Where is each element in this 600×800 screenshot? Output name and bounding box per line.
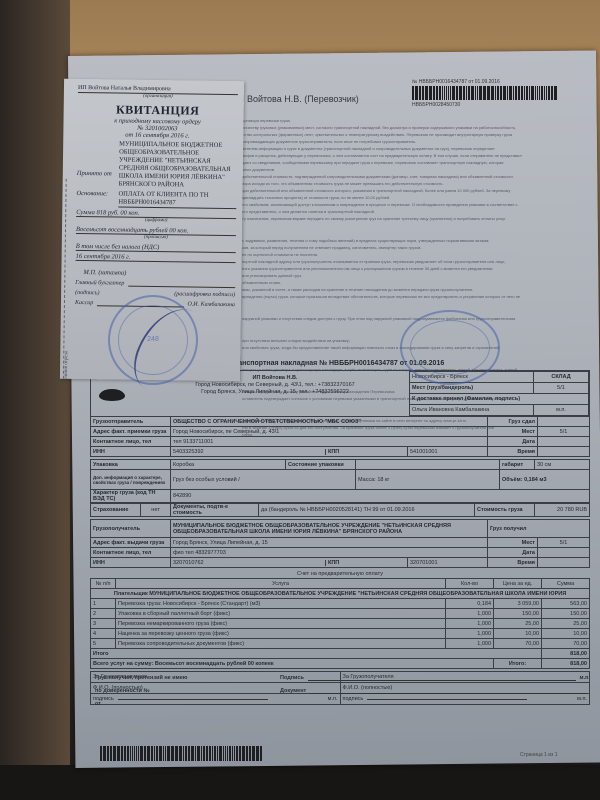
invoice-cell-n: 5 [91,639,116,649]
pack-state-label: Состояние упаковки [286,460,356,470]
invoice-cell-n: 4 [91,629,116,639]
sender-table: ГрузоотправительОБЩЕСТВО С ОГРАНИЧЕННОЙ … [90,416,590,457]
received-no-claims: Груз получил, претензий не имею [95,675,280,681]
sender-kpp: 541001001 [408,447,488,457]
invoice-column-header: Услуга [116,579,446,589]
invoice-cell-service: Наценка за перевозку ценного груза (фикс… [116,629,446,639]
received-label: Груз получил [488,520,590,538]
basis-value: ОПЛАТА ОТ КЛИЕНТА по ТН НВББРН0016434787 [118,191,236,210]
invoice-cell-qty: 0,184 [446,599,494,609]
terms-line: ту назначения, перевозчик вправе передат… [242,216,587,222]
recipient-table: ГрузополучательМУНИЦИПАЛЬНОЕ БЮДЖЕТНОЕ О… [90,519,590,568]
top-barcode [412,86,562,100]
extra-info-label: Доп. информация о характере, свойствах г… [91,470,171,490]
invoice-cell-sum: 150,00 [542,609,590,619]
places-value: 5/1 [534,383,589,394]
volume-value: Объём: 0,184 м3 [500,470,590,490]
invoice-cell-n: 2 [91,609,116,619]
contract-heading: договора перевозки груза. [242,118,587,124]
recipient-contact: фио тел 4832977703 [171,548,488,558]
top-barcode-number: НВББРН0028450730 [412,102,460,108]
documents-label: Документы, подтв-е стоимость [171,504,259,517]
transport-waybill: Транспортная накладная № НВББРН001643478… [90,360,590,705]
handed-label: Груз сдал [488,417,538,427]
terms-line: или утилизировать данный груз. [242,273,587,279]
terms-line: его представитель, о чем делается отметк… [242,209,587,215]
documents-value: да (бандероль № НВББРН0020528141) ТН 99 … [259,504,475,517]
invoice-cell-price: 70,00 [494,639,542,649]
recipient-kpp-label: КПП [325,560,405,566]
sender-inn: 5403325392 [173,449,204,455]
invoice-row: 5Перевозка сопроводительных документов (… [91,639,590,649]
decoding-caption: (расшифровка подписи) [174,291,235,298]
recipient-label: Грузополучатель [91,520,171,538]
terms-line: не по оценочной стоимости не носителя. [242,252,587,258]
terms-line: личеству грузовых (упакованных) мест, со… [242,125,587,131]
bottom-barcode [100,746,265,761]
footer-signature-label: Подпись [280,675,304,681]
terms-line [242,301,587,315]
background-bottom [0,765,600,800]
invoice-total-label-2: Итого: [494,659,542,669]
invoice-row: 2Упаковка в сборный паллетный борт (фикс… [91,609,590,619]
invoice-row: 4Наценка за перевозку ценного груза (фик… [91,629,590,639]
sender-address-label: Адрес факт. приемки груза [91,427,171,437]
terms-line: дают со сведениями, сообщенными перевозч… [242,160,587,166]
packaging-value: Коробка [171,460,286,470]
sender-date-label: Дата [488,437,538,447]
terms-line: нифов и расценок, действующих у перевозч… [242,153,587,159]
terms-line: вора исходя из того, что объявленная сто… [242,181,587,187]
places-label: Мест (груз/бандероль) [410,383,534,394]
invoice-table: № п/пУслугаКол-воЦена за ед.Сумма Плател… [90,578,590,669]
mp-label: М.П. (штампа) [75,269,235,278]
warehouse-label: СКЛАД [534,372,589,383]
invoice-cell-price: 150,00 [494,609,542,619]
terms-line: вителем информации о грузе в документах … [242,146,587,152]
document-line [310,687,586,694]
vat-line: В том числе без налога (НДС) [76,243,236,253]
recipient-contact-label: Контактное лицо, тел [91,548,171,558]
signature-caption: (подпись) [75,290,99,296]
footer-signature-line [308,674,576,681]
background-left-shadow [0,0,70,800]
terms-line: вреждения (порчи) груза, которые произош… [242,294,587,300]
terms-line: двенадцать тысячных процента) от стоимос… [242,195,587,201]
invoice-cell-price: 3 059,00 [494,599,542,609]
page-number: Страница 1 из 1 [520,752,557,758]
whale-logo-icon [99,389,125,401]
insurance-table: СтрахованиенетДокументы, подтв-е стоимос… [90,503,590,517]
invoice-cell-service: Перевозка груза: Новосибирск - Брянск (С… [116,599,446,609]
cashier-name: О.И. Камбалакина [187,302,235,309]
delivery-person: Ольга Ивановна Камбалакина [410,405,534,416]
invoice-column-header: Цена за ед. [494,579,542,589]
words-caption: (прописью) [76,234,236,241]
terms-line: ного указания грузоотправителя или уполн… [242,266,587,272]
receipt-final-date: 16 сентября 2016 г. [76,253,236,263]
dimension-label: габарит [500,460,535,470]
chief-accountant-label: Главный бухгалтер [75,280,124,287]
cargo-code-value: 842890 [171,490,590,503]
cut-line: линия отреза [63,179,74,379]
invoice-total-words: Всего услуг на сумму: Восемьсот восемнад… [91,659,494,669]
from-label: от [95,701,101,707]
terms-line: зов, за который перед получателем не отв… [242,245,587,251]
insurance-label: Страхование [91,504,141,517]
recipient-places: 5/1 [538,538,590,548]
invoice-total-label: Итого [91,649,542,659]
terms-line: т, вздувания, ржавления, течения и тому … [242,238,587,244]
invoice-column-header: № п/п [91,579,116,589]
sum-caption: (цифрами) [76,217,236,224]
invoice-cell-sum: 10,00 [542,629,590,639]
mass-value: Масса: 18 кг [356,470,500,490]
document-label: Документ [280,688,306,694]
recipient-places-label: Мест [488,538,538,548]
invoice-cell-service: Упаковка в сборный паллетный борт (фикс) [116,609,446,619]
dimension-value: 30 см [535,460,590,470]
accepted-from-label: Принято от [77,140,116,189]
sender-kpp-label: КПП [325,449,405,455]
basis-label: Основание: [76,190,114,208]
invoice-column-header: Кол-во [446,579,494,589]
recipient-value: МУНИЦИПАЛЬНОЕ БЮДЖЕТНОЕ ОБЩЕОБРАЗОВАТЕЛЬ… [171,520,488,538]
carrier-title: П Войтова Н.В. (Перевозчик) [238,94,359,104]
invoice-cell-qty: 1,000 [446,619,494,629]
organization-caption: (организация) [78,93,238,100]
terms-line: его свойствам, исключающей доступ к влож… [242,202,587,208]
cargo-cost-value: 20 780 RUB [535,504,590,517]
cargo-code-label: Характер груза (код ТН ВЭД ТС) [91,490,171,503]
cashier-label: Кассир [75,300,93,306]
sender-inn-label: ИНН [91,447,171,457]
extra-info-value: Груз без особых условий / [171,470,356,490]
footer-mp: м.п. [580,675,590,681]
sender-label: Грузоотправитель [91,417,171,427]
terms-line: портной накладной адресу или грузополуча… [242,259,587,265]
invoice-cell-sum: 70,00 [542,639,590,649]
invoice-cell-n: 1 [91,599,116,609]
invoice-row: 1Перевозка груза: Новосибирск - Брянск (… [91,599,590,609]
sender-contact-label: Контактное лицо, тел [91,437,171,447]
sender-address: Город Новосибирск, пе Северный, д. 43\1 [171,427,488,437]
invoice-cell-n: 3 [91,619,116,629]
recipient-address: Город Брянск, Улица Липейная, д. 15 [171,538,488,548]
receipt-date: от 16 сентября 2016 г. [77,131,237,140]
terms-line: ции действительной или объявленной стоим… [242,188,587,194]
delivery-label: К доставке принял (Фамилия, подпись) [410,394,589,405]
invoice-cell-service: Перевозка немаркированного груза (фикс) [116,619,446,629]
invoice-cell-price: 10,00 [494,629,542,639]
recipient-inn-label: ИНН [91,558,171,568]
invoice-title: Счет на предварительную оплату [90,571,590,577]
receipt-footer: Груз получил, претензий не имеюПодписьм.… [95,671,590,710]
invoice-total-2: 818,00 [542,659,590,669]
invoice-cell-qty: 1,000 [446,609,494,619]
sender-places-label: Мест [488,427,538,437]
accepted-from-value: МУНИЦИПАЛЬНОЕ БЮДЖЕТНОЕ ОБЩЕОБРАЗОВАТЕЛЬ… [119,141,238,191]
invoice-cell-sum: 25,00 [542,619,590,629]
delivery-mp: м.п. [534,405,589,416]
terms-line: сопровождающих документов грузоотправите… [242,139,587,145]
invoice-cell-service: Перевозка сопроводительных документов (ф… [116,639,446,649]
insurance-value: нет [141,504,171,517]
invoice-column-header: Сумма [542,579,590,589]
recipient-kpp: 320701001 [408,558,488,568]
power-of-attorney: по доверенности № [95,688,280,694]
recipient-time-label: Время [488,558,538,568]
sender-value: ОБЩЕСТВО С ОГРАНИЧЕННОЙ ОТВЕТСТВЕННОСТЬЮ… [171,417,488,427]
pack-state-value [356,460,500,470]
invoice-cell-qty: 1,000 [446,629,494,639]
invoice-row: 3Перевозка немаркированного груза (фикс)… [91,619,590,629]
invoice-cell-sum: 563,00 [542,599,590,609]
terms-line [242,223,587,237]
recipient-address-label: Адрес факт. выдачи груза [91,538,171,548]
recipient-inn: 3207010762 [173,560,204,566]
terms-line: ямы, указанной в счете, а также расходов… [242,287,587,293]
terms-line: объявленным стоим. [242,280,587,286]
invoice-payer: Плательщик МУНИЦИПАЛЬНОЕ БЮДЖЕТНОЕ ОБЩЕО… [91,589,590,599]
round-stamp-right [400,310,500,385]
recipient-date-label: Дата [488,548,538,558]
invoice-cell-price: 25,00 [494,619,542,629]
terms-line: ество контрольных (фирменных) лент, чувс… [242,132,587,138]
sender-places: 5/1 [538,427,590,437]
terms-line: чных документов. [242,167,587,173]
top-barcode-caption: № НВББРН0016434787 от 01.09.2016 [412,79,500,85]
cargo-table: УпаковкаКоробкаСостояние упаковкигабарит… [90,459,590,503]
packaging-label: Упаковка [91,460,171,470]
invoice-cell-qty: 1,000 [446,639,494,649]
terms-line: действительной стоимости, подтвержденной… [242,174,587,180]
sender-time-label: Время [488,447,538,457]
sender-contact: тел 9133711001 [171,437,488,447]
invoice-total: 818,00 [542,649,590,659]
cargo-cost-label: Стоимость груза [475,504,535,517]
